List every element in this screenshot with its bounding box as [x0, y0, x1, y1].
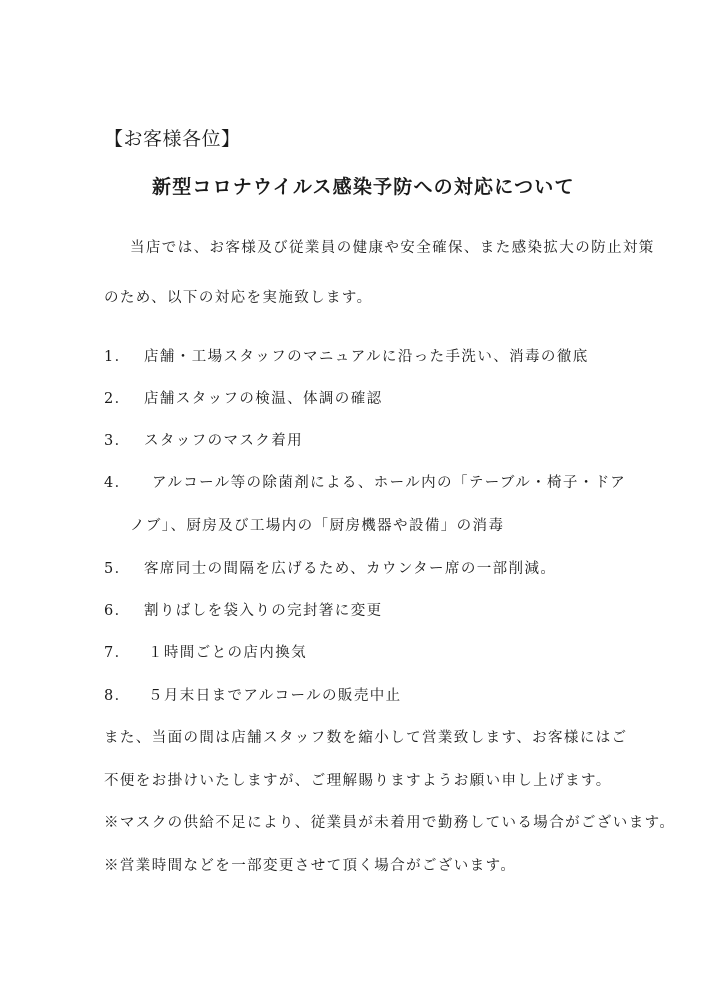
- intro-line-2: のため、以下の対応を実施致します。: [104, 286, 373, 307]
- item-number: 8．: [104, 684, 148, 705]
- item-number: 7．: [104, 641, 148, 662]
- item-number: 2．: [104, 387, 144, 408]
- closing-line-1: また、当面の間は店舗スタッフ数を縮小して営業致します、お客様にはご: [104, 726, 628, 747]
- item-text: １時間ごとの店内換気: [148, 641, 307, 662]
- page-title: 新型コロナウイルス感染予防への対応について: [152, 172, 575, 199]
- item-text: ５月末日までアルコールの販売中止: [148, 684, 402, 705]
- item-text: 店舗スタッフの検温、体調の確認: [144, 387, 383, 408]
- list-item: 7．１時間ごとの店内換気: [104, 641, 307, 662]
- item-number: 4．: [104, 471, 152, 492]
- closing-line-2: 不便をお掛けいたしますが、ご理解賜りますようお願い申し上げます。: [104, 769, 612, 790]
- item-number: 5．: [104, 557, 144, 578]
- list-item: 3．スタッフのマスク着用: [104, 429, 303, 450]
- list-item: 6．割りばしを袋入りの完封箸に変更: [104, 599, 383, 620]
- item-number: 6．: [104, 599, 144, 620]
- item-number: 3．: [104, 429, 144, 450]
- list-item: 4．アルコール等の除菌剤による、ホール内の「テーブル・椅子・ドア: [104, 471, 626, 492]
- list-item: 8．５月末日までアルコールの販売中止: [104, 684, 402, 705]
- item-text: スタッフのマスク着用: [144, 429, 303, 450]
- item-text: 割りばしを袋入りの完封箸に変更: [144, 599, 383, 620]
- note-line-1: ※マスクの供給不足により、従業員が未着用で勤務している場合がございます。: [104, 811, 675, 832]
- item-text: 店舗・工場スタッフのマニュアルに沿った手洗い、消毒の徹底: [144, 345, 589, 366]
- salutation: 【お客様各位】: [104, 124, 241, 151]
- list-item-continuation: ノブ」、厨房及び工場内の「厨房機器や設備」の消毒: [130, 514, 504, 535]
- list-item: 1．店舗・工場スタッフのマニュアルに沿った手洗い、消毒の徹底: [104, 345, 589, 366]
- list-item: 5．客席同士の間隔を広げるため、カウンター席の一部削減。: [104, 557, 556, 578]
- item-text: 客席同士の間隔を広げるため、カウンター席の一部削減。: [144, 557, 556, 578]
- intro-line-1: 当店では、お客様及び従業員の健康や安全確保、また感染拡大の防止対策: [130, 236, 655, 257]
- list-item: 2．店舗スタッフの検温、体調の確認: [104, 387, 383, 408]
- item-text: アルコール等の除菌剤による、ホール内の「テーブル・椅子・ドア: [152, 471, 626, 492]
- note-line-2: ※営業時間などを一部変更させて頂く場合がございます。: [104, 854, 516, 875]
- item-number: 1．: [104, 345, 144, 366]
